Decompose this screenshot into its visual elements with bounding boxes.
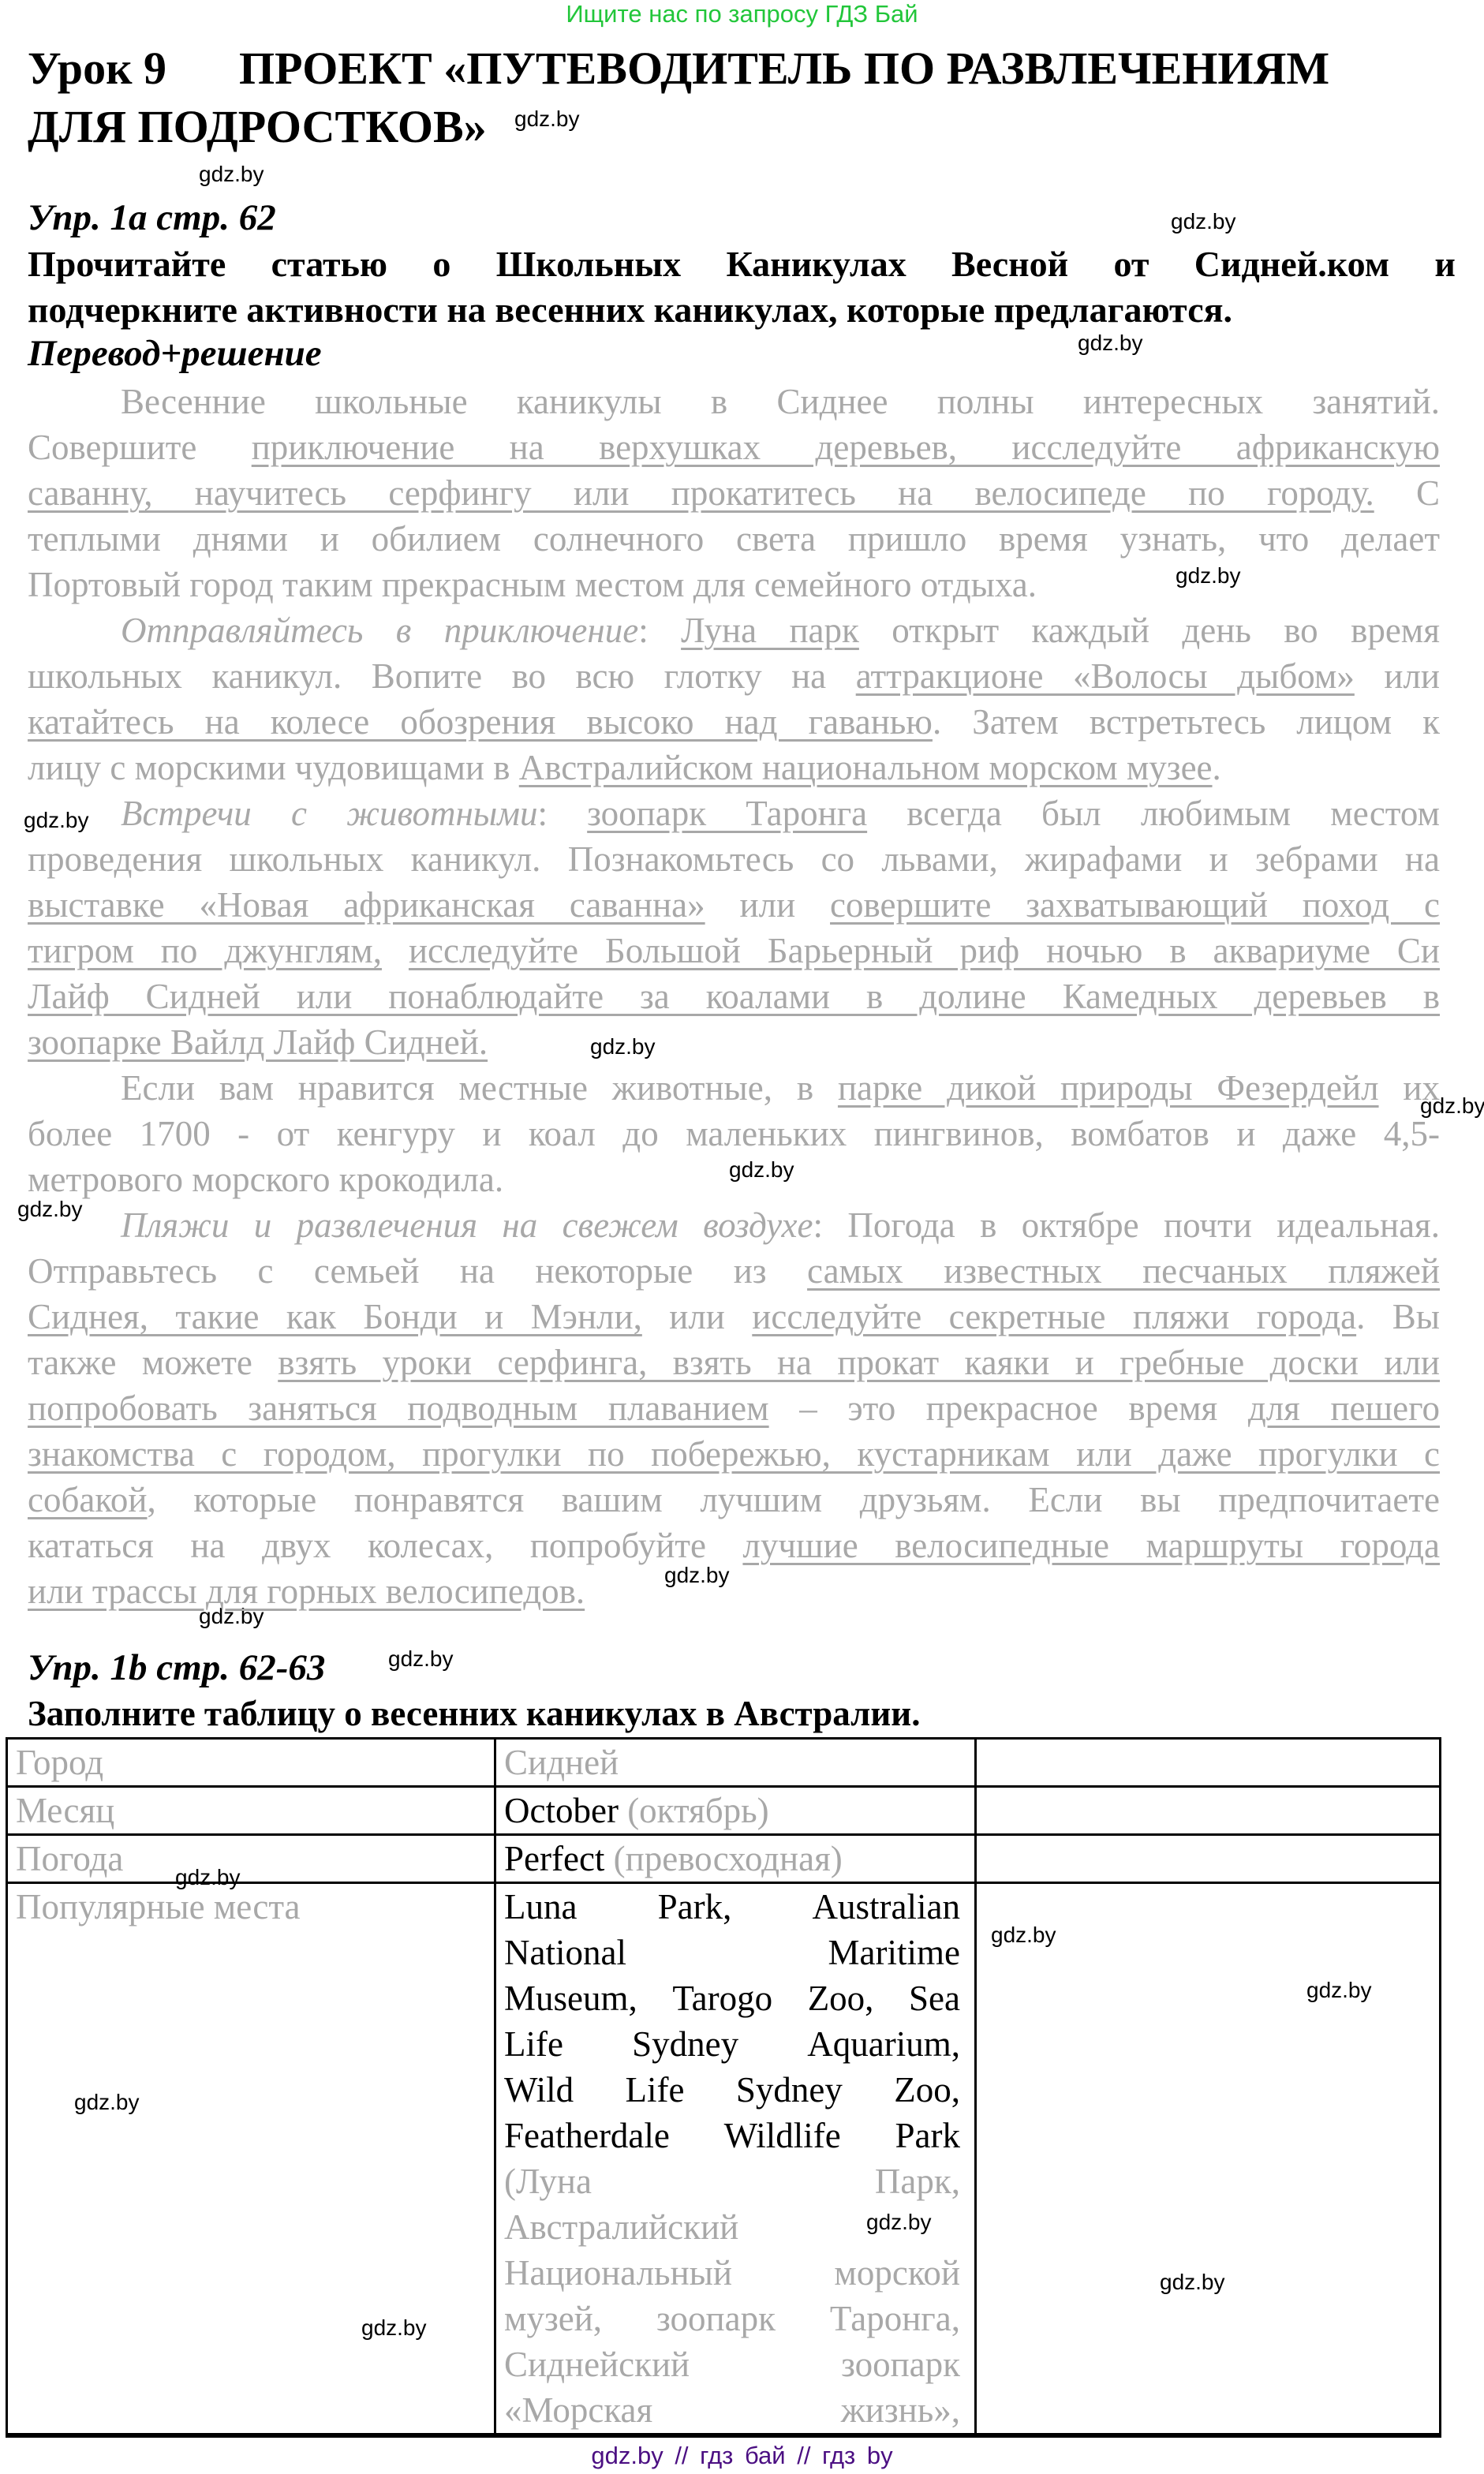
translation-line: «Морскаяжизнь», (504, 2387, 960, 2433)
watermark: gdz.by (1078, 331, 1143, 355)
answer-line: FeatherdaleWildlifePark (504, 2113, 960, 2158)
underlined-activity: для пешего (1248, 1388, 1440, 1428)
article-line: тигром по джунглям, исследуйте Большой Б… (28, 928, 1440, 974)
watermark: gdz.by (1171, 210, 1236, 234)
word: Таронга, (830, 2296, 960, 2341)
instruction-word: Прочитайте (28, 241, 226, 287)
underlined-activity: взять уроки серфинга, взять на прокат ка… (278, 1343, 1440, 1382)
underlined-activity: Лайф Сидней или понаблюдайте за коалами … (28, 977, 1440, 1016)
underlined-activity: попробовать заняться подводным плаванием (28, 1388, 769, 1428)
exercise-1a-instruction: ПрочитайтестатьюоШкольныхКаникулахВесной… (28, 241, 1456, 333)
instruction-word: и (1434, 241, 1456, 287)
section-heading: Пляжи и развлечения на свежем воздухе (121, 1205, 813, 1245)
lesson-number: Урок 9 (28, 43, 166, 94)
article-line: Пляжи и развлечения на свежем воздухе: П… (28, 1202, 1440, 1248)
underlined-activity: исследуйте Большой Барьерный риф ночью в… (409, 931, 1440, 970)
exercise-1a-label: Упр. 1a стр. 62 (28, 196, 276, 240)
row-label: Город (7, 1739, 495, 1787)
watermark: gdz.by (991, 1923, 1056, 1947)
underlined-activity: зоопарк Таронга (587, 794, 867, 833)
article-text: школьных каникул. Вопите во всю глотку н… (28, 656, 856, 696)
row-label: Месяц (7, 1787, 495, 1835)
underlined-activity: Луна парк (681, 611, 859, 650)
instruction-word: Сидней.ком (1194, 241, 1389, 287)
watermark: gdz.by (361, 2316, 427, 2340)
word: Sydney (736, 2067, 843, 2113)
article-text: , которые понравятся вашим лучшим друзья… (148, 1480, 1440, 1519)
exercise-1b-label: Упр. 1b стр. 62-63 (28, 1646, 325, 1690)
section-heading: Встречи с животными (121, 794, 537, 833)
article-line: метрового морского крокодила. (28, 1157, 1440, 1202)
article-line: Встречи с животными: зоопарк Таронга все… (28, 790, 1440, 836)
translation-text: (октябрь) (619, 1791, 769, 1830)
word: Maritime (828, 1930, 960, 1975)
watermark: gdz.by (175, 1866, 241, 1889)
word: Wild (504, 2067, 574, 2113)
article-line: или трассы для горных велосипедов. (28, 1568, 1440, 1614)
article-line: катайтесь на колесе обозрения высоко над… (28, 699, 1440, 745)
word: музей, (504, 2296, 602, 2341)
word: National (504, 1930, 626, 1975)
article-line: Весенние школьные каникулы в Сиднее полн… (28, 379, 1440, 424)
article-text: или (642, 1297, 752, 1336)
article-line: более 1700 - от кенгуру и коал до малень… (28, 1111, 1440, 1157)
underlined-activity: выставке «Новая африканская саванна» (28, 885, 705, 925)
section-heading: Отправляйтесь в приключение (121, 611, 638, 650)
article-text: Если вам нравится местные животные, в (121, 1068, 838, 1108)
article-line: попробовать заняться подводным плаванием… (28, 1385, 1440, 1431)
article-line: также можете взять уроки серфинга, взять… (28, 1340, 1440, 1385)
word: Парк, (875, 2158, 960, 2204)
row-value: Perfect (превосходная) (495, 1835, 976, 1883)
underlined-activity: знакомства с городом, прогулки по побере… (28, 1434, 1440, 1474)
article-line: теплыми днями и обилием солнечного света… (28, 516, 1440, 562)
translation-line: Национальныйморской (504, 2250, 960, 2296)
translation-subheading: Перевод+решение (28, 331, 322, 376)
underlined-activity: самых известных песчаных пляжей (807, 1251, 1440, 1291)
article-line: Портовый город таким прекрасным местом д… (28, 562, 1440, 607)
article-line: Если вам нравится местные животные, в па… (28, 1065, 1440, 1111)
article-line: Совершите приключение на верхушках дерев… (28, 424, 1440, 470)
article-text: Отправьтесь с семьей на некоторые из (28, 1251, 807, 1291)
watermark: gdz.by (1160, 2270, 1225, 2294)
article-text: открыт каждый день во время (859, 611, 1440, 650)
word: Museum, (504, 1975, 637, 2021)
article-text: также можете (28, 1343, 278, 1382)
empty-cell (976, 1835, 1441, 1883)
translation-line: (ЛунаПарк, (504, 2158, 960, 2204)
translation-line: музей,зоопаркТаронга, (504, 2296, 960, 2341)
underlined-activity: зоопарке Вайлд Лайф Сидней. (28, 1022, 488, 1062)
article-text: или (705, 885, 830, 925)
answer-line: LifeSydneyAquarium, (504, 2021, 960, 2067)
underlined-activity: Сиднея, такие как Бонди и Мэнли, (28, 1297, 642, 1336)
word: Австралийский (504, 2204, 738, 2250)
lesson-title-line2: ДЛЯ ПОДРОСТКОВ» (28, 99, 487, 155)
article-text: или (1355, 656, 1440, 696)
instruction-line-1: ПрочитайтестатьюоШкольныхКаникулахВесной… (28, 241, 1456, 287)
article-line: школьных каникул. Вопите во всю глотку н… (28, 653, 1440, 699)
watermark: gdz.by (514, 107, 580, 131)
article-text: Совершите (28, 428, 252, 467)
instruction-word: Каникулах (726, 241, 906, 287)
underlined-activity: лучшие велосипедные маршруты города (742, 1526, 1440, 1565)
word: Life (626, 2067, 685, 2113)
article-text: . Затем встретьтесь лицом к (933, 702, 1440, 742)
instruction-line-2: подчеркните активности на весенних каник… (28, 287, 1456, 333)
underlined-activity: катайтесь на колесе обозрения высоко над… (28, 702, 933, 742)
instruction-word: Весной (951, 241, 1068, 287)
table-row: МесяцOctober (октябрь) (7, 1787, 1441, 1835)
article-text: всегда был любимым местом (867, 794, 1440, 833)
article-text: лицу с морскими чудовищами в (28, 748, 519, 787)
word: Сиднейский (504, 2341, 690, 2387)
word: Sea (909, 1975, 960, 2021)
instruction-word: статью (271, 241, 387, 287)
answer-text: October (504, 1791, 619, 1830)
project-title-continued: ДЛЯ ПОДРОСТКОВ» (28, 101, 487, 152)
underlined-activity: совершите захватывающий поход с (830, 885, 1440, 925)
answer-text: Perfect (504, 1839, 604, 1878)
watermark: gdz.by (199, 163, 264, 186)
article-line: Отправьтесь с семьей на некоторые из сам… (28, 1248, 1440, 1294)
word: Aquarium, (807, 2021, 960, 2067)
article-text: теплыми днями и обилием солнечного света… (28, 519, 1440, 559)
row-value: October (октябрь) (495, 1787, 976, 1835)
article-text: Портовый город таким прекрасным местом д… (28, 565, 1037, 604)
article-text: : (638, 611, 681, 650)
empty-cell (976, 1739, 1441, 1787)
article-translation: Весенние школьные каникулы в Сиднее полн… (28, 379, 1440, 1614)
row-label: Популярные места (7, 1883, 495, 2436)
translation-line: Сиднейскийзоопарк (504, 2341, 960, 2387)
word: морской (834, 2250, 960, 2296)
instruction-word: о (432, 241, 450, 287)
article-line: знакомства с городом, прогулки по побере… (28, 1431, 1440, 1477)
article-text: : (537, 794, 587, 833)
word: зоопарк (841, 2341, 960, 2387)
word: жизнь», (841, 2387, 960, 2433)
answer-line: WildLifeSydneyZoo, (504, 2067, 960, 2113)
answer-line: LunaPark,Australian (504, 1884, 960, 1930)
word: Park (895, 2113, 961, 2158)
row-value: LunaPark,AustralianNationalMaritimeMuseu… (495, 1883, 976, 2436)
answer-line: NationalMaritime (504, 1930, 960, 1975)
underlined-activity: или трассы для горных велосипедов. (28, 1571, 585, 1611)
empty-cell (976, 1787, 1441, 1835)
table-row: ГородСидней (7, 1739, 1441, 1787)
article-text: – это прекрасное время (769, 1388, 1248, 1428)
watermark: gdz.by (1306, 1979, 1372, 2002)
underlined-activity: приключение на верхушках деревьев, иссле… (252, 428, 1440, 467)
underlined-activity: аттракционе «Волосы дыбом» (856, 656, 1355, 696)
holidays-table: ГородСиднейМесяцOctober (октябрь)ПогодаP… (6, 1737, 1441, 2438)
article-line: саванну, научитесь серфингу или прокатит… (28, 470, 1440, 516)
word: Life (504, 2021, 563, 2067)
instruction-word: Школьных (496, 241, 681, 287)
word: «Морская (504, 2387, 652, 2433)
row-value: Сидней (495, 1739, 976, 1787)
lesson-title-line1: Урок 9ПРОЕКТ «ПУТЕВОДИТЕЛЬ ПО РАЗВЛЕЧЕНИ… (28, 41, 1329, 96)
project-title: ПРОЕКТ «ПУТЕВОДИТЕЛЬ ПО РАЗВЛЕЧЕНИЯМ (239, 43, 1329, 94)
word: Sydney (632, 2021, 738, 2067)
article-line: Отправляйтесь в приключение: Луна парк о… (28, 607, 1440, 653)
article-text: . Вы (1356, 1297, 1440, 1336)
article-line: кататься на двух колесах, попробуйте луч… (28, 1523, 1440, 1568)
word: Park, (658, 1884, 732, 1930)
article-text: С (1374, 473, 1440, 513)
article-text (382, 931, 409, 970)
article-text: их (1379, 1068, 1440, 1108)
word: Luna (504, 1884, 577, 1930)
underlined-activity: парке дикой природы Фезердейл (838, 1068, 1379, 1108)
underlined-activity: собакой (28, 1480, 148, 1519)
row-label: Погода (7, 1835, 495, 1883)
article-text: более 1700 - от кенгуру и коал до малень… (28, 1114, 1440, 1153)
site-footer-links[interactable]: gdz.by // гдз бай // гдз by (0, 2441, 1484, 2471)
article-line: выставке «Новая африканская саванна» или… (28, 882, 1440, 928)
word: Zoo, (894, 2067, 960, 2113)
table-row: Популярные местаLunaPark,AustralianNatio… (7, 1883, 1441, 2436)
underlined-activity: Австралийском национальном морском музее (519, 748, 1213, 787)
instruction-word: от (1113, 241, 1149, 287)
article-text: . (1213, 748, 1221, 787)
underlined-activity: саванну, научитесь серфингу или прокатит… (28, 473, 1374, 513)
watermark: gdz.by (388, 1647, 454, 1671)
watermark: gdz.by (74, 2091, 140, 2114)
word: Featherdale (504, 2113, 670, 2158)
word: Tarogo (672, 1975, 772, 2021)
word: Wildlife (724, 2113, 841, 2158)
empty-cell (976, 1883, 1441, 2436)
article-line: Лайф Сидней или понаблюдайте за коалами … (28, 974, 1440, 1019)
word: Zoo, (808, 1975, 874, 2021)
article-text: : Погода в октябре почти идеальная. (813, 1205, 1440, 1245)
search-banner[interactable]: Ищите нас по запросу ГДЗ Бай (0, 0, 1484, 28)
article-line: собакой, которые понравятся вашим лучшим… (28, 1477, 1440, 1523)
word: Australian (813, 1884, 960, 1930)
article-text: кататься на двух колесах, попробуйте (28, 1526, 742, 1565)
translation-text: (превосходная) (604, 1839, 842, 1878)
translation-text: Сидней (504, 1743, 619, 1782)
word: Национальный (504, 2250, 732, 2296)
article-line: лицу с морскими чудовищами в Австралийск… (28, 745, 1440, 790)
answer-line: Museum,TarogoZoo,Sea (504, 1975, 960, 2021)
underlined-activity: исследуйте секретные пляжи города (752, 1297, 1356, 1336)
article-text: Весенние школьные каникулы в Сиднее полн… (121, 382, 1440, 421)
word: (Луна (504, 2158, 592, 2204)
exercise-1b-instruction: Заполните таблицу о весенних каникулах в… (28, 1691, 1456, 1736)
underlined-activity: тигром по джунглям, (28, 931, 382, 970)
article-line: проведения школьных каникул. Познакомьте… (28, 836, 1440, 882)
article-line: Сиднея, такие как Бонди и Мэнли, или исс… (28, 1294, 1440, 1340)
watermark: gdz.by (866, 2211, 932, 2234)
article-text: проведения школьных каникул. Познакомьте… (28, 839, 1440, 879)
article-line: зоопарке Вайлд Лайф Сидней. (28, 1019, 1440, 1065)
word: зоопарк (656, 2296, 776, 2341)
article-text: метрового морского крокодила. (28, 1160, 503, 1199)
